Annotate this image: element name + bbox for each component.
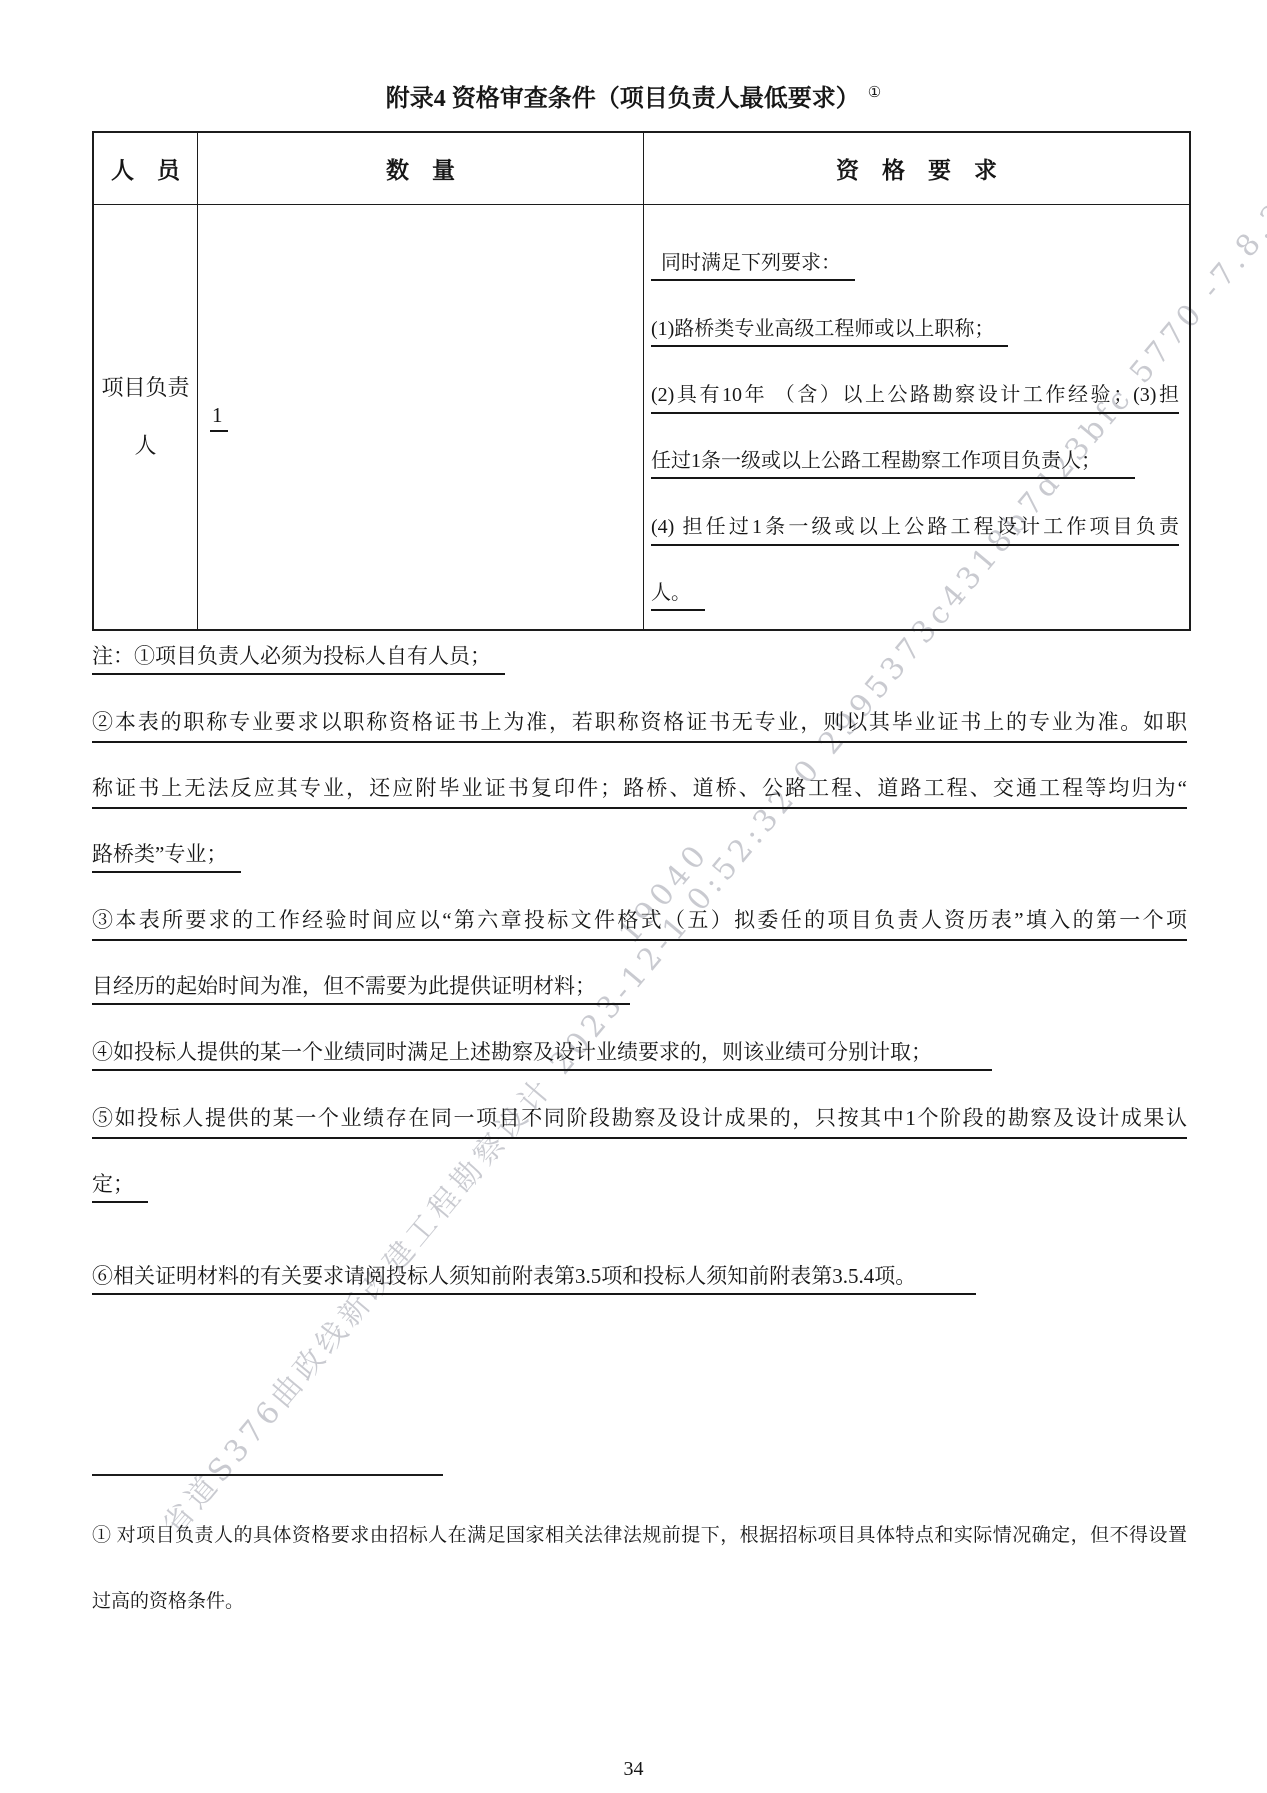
page-title-text: 附录4 资格审查条件（项目负责人最低要求） <box>386 86 860 112</box>
personnel-line-1: 项目负责 <box>101 359 189 417</box>
note-line-1: 注：①项目负责人必须为投标人自有人员； <box>92 640 1187 706</box>
header-personnel: 人 员 <box>94 133 198 205</box>
title-footnote-marker: ① <box>868 85 881 101</box>
notes-section: 注：①项目负责人必须为投标人自有人员； ②本表的职称专业要求以职称资格证书上为准… <box>92 640 1187 1326</box>
header-quantity: 数 量 <box>198 133 644 205</box>
quantity-value: 1 <box>210 403 228 432</box>
note-line-6: ⑥相关证明材料的有关要求请阅投标人须知前附表第3.5项和投标人须知前附表第3.5… <box>92 1260 1187 1326</box>
qualification-table: 人 员 数 量 资 格 要 求 项目负责 人 1 同时满足下列要求： (1)路桥… <box>92 131 1191 631</box>
footnote-section: ① 对项目负责人的具体资格要求由招标人在满足国家相关法律法规前提下，根据招标项目… <box>92 1520 1187 1652</box>
footnote-separator-line <box>92 1474 443 1476</box>
note-line-2b: 称证书上无法反应其专业，还应附毕业证书复印件；路桥、道桥、公路工程、道路工程、交… <box>92 772 1187 838</box>
note-line-5b: 定； <box>92 1168 1187 1234</box>
requirement-line: (1)路桥类专业高级工程师或以上职称； <box>651 312 1179 378</box>
note-line-2a: ②本表的职称专业要求以职称资格证书上为准，若职称资格证书无专业，则以其毕业证书上… <box>92 706 1187 772</box>
requirement-line: (2)具有10年 （含）以上公路勘察设计工作经验；(3)担 <box>651 378 1179 444</box>
cell-quantity: 1 <box>198 205 644 629</box>
note-line-4: ④如投标人提供的某一个业绩同时满足上述勘察及设计业绩要求的，则该业绩可分别计取； <box>92 1036 1187 1102</box>
footnote-line-2: 过高的资格条件。 <box>92 1586 1187 1652</box>
note-line-5a: ⑤如投标人提供的某一个业绩存在同一项目不同阶段勘察及设计成果的，只按其中1个阶段… <box>92 1102 1187 1168</box>
personnel-line-2: 人 <box>134 417 156 475</box>
footnote-line-1: ① 对项目负责人的具体资格要求由招标人在满足国家相关法律法规前提下，根据招标项目… <box>92 1520 1187 1586</box>
page-number: 34 <box>0 1758 1267 1781</box>
note-line-2c: 路桥类”专业； <box>92 838 1187 904</box>
note-line-3b: 目经历的起始时间为准，但不需要为此提供证明材料； <box>92 970 1187 1036</box>
page-title: 附录4 资格审查条件（项目负责人最低要求）① <box>0 78 1267 113</box>
document-page: 省道S376曲政线新改建工程勘察设计 2023-12-1 0:52:32-0 2… <box>0 0 1267 1793</box>
note-line-3a: ③本表所要求的工作经验时间应以“第六章投标文件格式（五）拟委任的项目负责人资历表… <box>92 904 1187 970</box>
requirement-line: 任过1条一级或以上公路工程勘察工作项目负责人； <box>651 444 1179 510</box>
requirement-line: (4) 担任过1条一级或以上公路工程设计工作项目负责 <box>651 510 1179 576</box>
requirement-line: 同时满足下列要求： <box>651 246 1179 312</box>
requirement-line: 人。 <box>651 576 1179 642</box>
cell-personnel: 项目负责 人 <box>94 205 198 629</box>
header-qualification: 资 格 要 求 <box>644 133 1189 205</box>
cell-qualification-requirements: 同时满足下列要求： (1)路桥类专业高级工程师或以上职称； (2)具有10年 （… <box>644 205 1189 629</box>
